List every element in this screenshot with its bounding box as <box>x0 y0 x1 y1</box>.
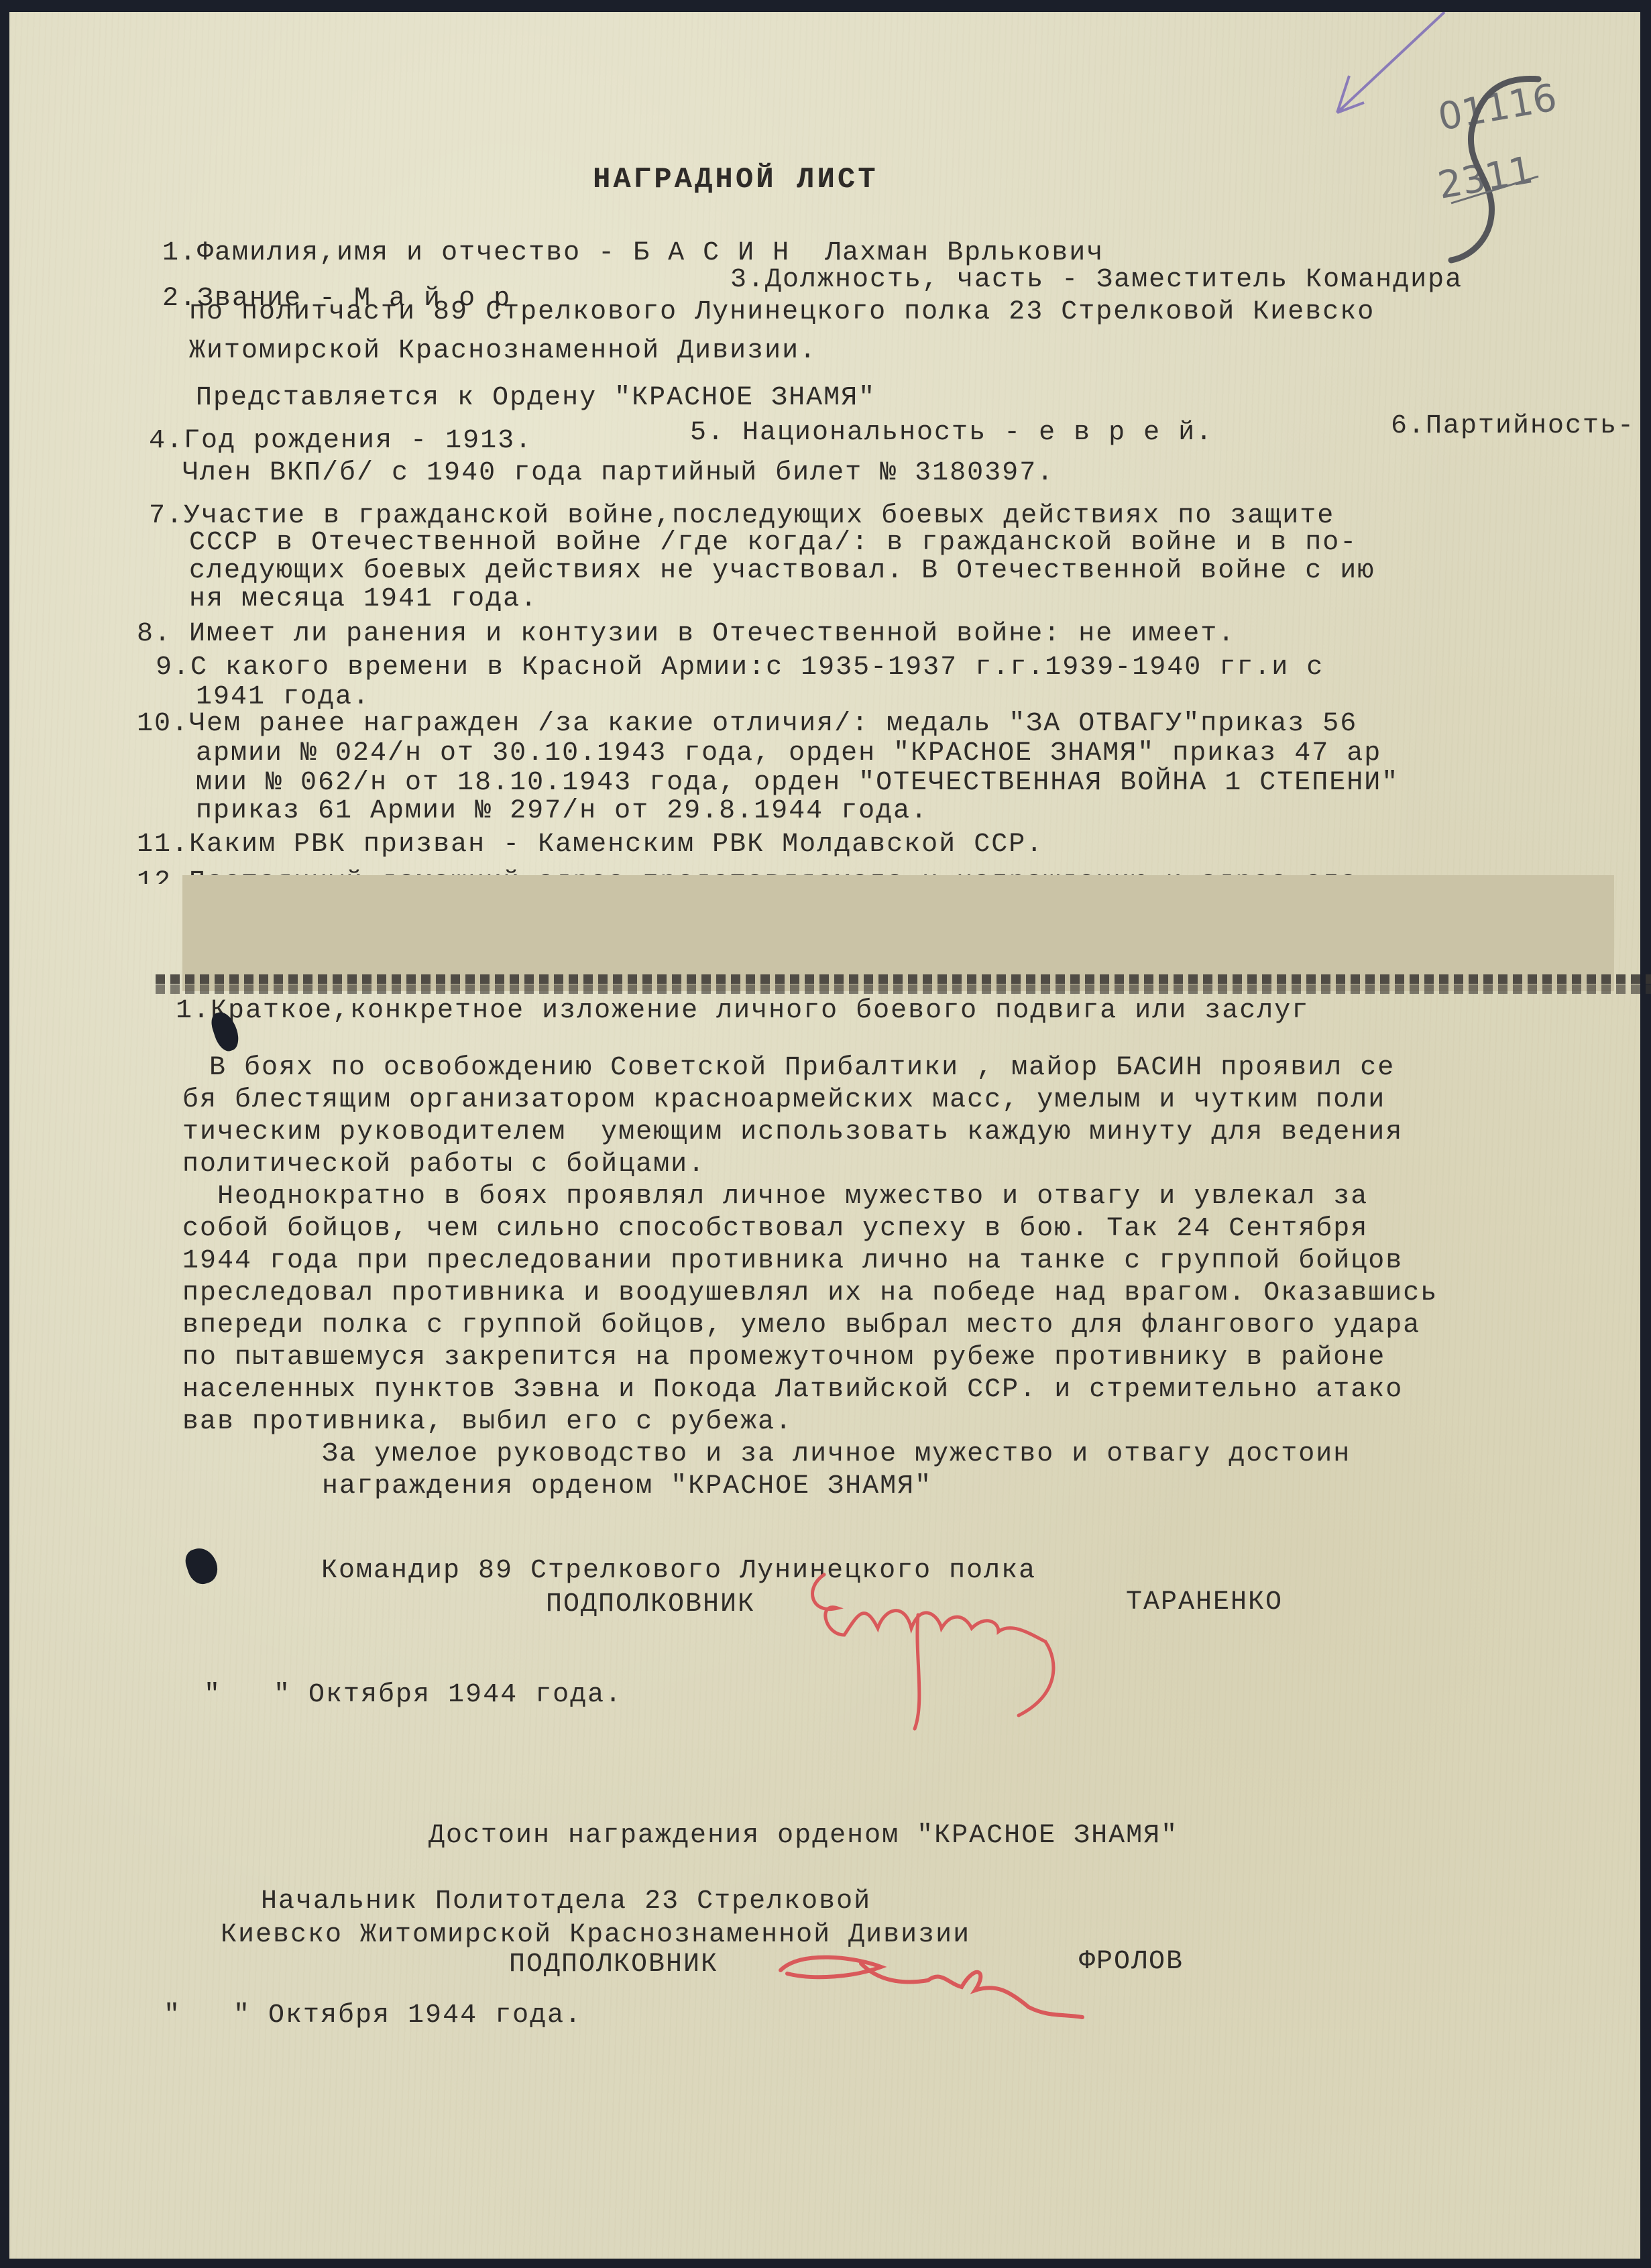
presented-for-award: Представляется к Ордену "КРАСНОЕ ЗНАМЯ" <box>196 385 876 412</box>
signature-2-handwritten-icon <box>774 1943 1096 2024</box>
pencil-mark-icon <box>1424 69 1558 270</box>
narrative-line: награждения орденом "КРАСНОЕ ЗНАМЯ" <box>182 1473 1438 1500</box>
punch-hole <box>182 1544 222 1588</box>
signature-1-rank: ПОДПОЛКОВНИК <box>546 1591 755 1618</box>
field-10-awards-3: мии № 062/н от 18.10.1943 года, орден "О… <box>196 770 1399 797</box>
field-11-draft-office: 11.Каким РВК призван - Каменским РВК Мол… <box>137 832 1043 858</box>
narrative-line: В боях по освобождению Советской Прибалт… <box>209 1055 1465 1082</box>
field-7-line-2: СССР в Отечественной войне /где когда/: … <box>189 530 1357 557</box>
narrative-line: 1944 года при преследовании противника л… <box>182 1248 1438 1275</box>
signature-2-position-1: Начальник Политотдела 23 Стрелковой <box>261 1888 871 1915</box>
narrative-line: политической работы с бойцами. <box>182 1151 1438 1178</box>
narrative-block: В боях по освобождению Советской Прибалт… <box>182 1055 1438 1500</box>
document-page: 01116 2311 НАГРАДНОЙ ЛИСТ 1.Фамилия,имя … <box>9 12 1640 2259</box>
narrative-line: населенных пунктов Зэвна и Покода Латвий… <box>182 1377 1438 1404</box>
narrative-line: За умелое руководство и за личное мужест… <box>182 1441 1438 1468</box>
field-9-army-service-2: 1941 года. <box>196 684 370 711</box>
field-7-line-4: ня месяца 1941 года. <box>189 586 538 613</box>
document-title: НАГРАДНОЙ ЛИСТ <box>593 165 878 194</box>
field-6-party: 6.Партийность- <box>1391 413 1635 440</box>
section-2-heading: 1.Краткое,конкретное изложение личного б… <box>176 998 1309 1025</box>
field-1-name: 1.Фамилия,имя и отчество - Б А С И Н Лах… <box>162 240 1104 267</box>
narrative-line: собой бойцов, чем сильно способствовал у… <box>182 1216 1438 1243</box>
signature-1-date: " " Октября 1944 года. <box>204 1682 622 1709</box>
field-10-awards-4: приказ 61 Армии № 297/н от 29.8.1944 год… <box>196 798 928 825</box>
separator-line <box>156 974 1651 984</box>
field-10-awards-2: армии № 024/н от 30.10.1943 года, орден … <box>196 740 1381 767</box>
narrative-line: по пытавшемуся закрепится на промежуточн… <box>182 1345 1438 1371</box>
field-5-nationality: 5. Национальность - е в р е й. <box>690 420 1213 447</box>
field-3-position: 3.Должность, часть - Заместитель Команди… <box>730 267 1463 294</box>
field-10-awards-1: 10.Чем ранее награжден /за какие отличия… <box>137 711 1357 738</box>
narrative-line: Неоднократно в боях проявлял личное муже… <box>182 1184 1438 1210</box>
signature-1-name: ТАРАНЕНКО <box>1126 1589 1283 1616</box>
narrative-line: бя блестящим организатором красноармейск… <box>182 1087 1438 1114</box>
field-4-birth-year: 4.Год рождения - 1913. <box>149 428 532 455</box>
narrative-line: впереди полка с группой бойцов, умело вы… <box>182 1312 1438 1339</box>
signature-1-handwritten-icon <box>797 1561 1146 1736</box>
separator-line-2 <box>156 984 1651 994</box>
field-7-line-1: 7.Участие в гражданской войне,последующи… <box>149 503 1334 530</box>
field-8-wounds: 8. Имеет ли ранения и контузии в Отечест… <box>137 621 1235 648</box>
field-7-line-3: следующих боевых действиях не участвовал… <box>189 558 1375 585</box>
field-3-position-cont-2: Житомирской Краснознаменной Дивизии. <box>189 338 817 365</box>
field-9-army-service-1: 9.С какого времени в Красной Армии:с 193… <box>156 655 1324 681</box>
narrative-line: вав противника, выбил его с рубежа. <box>182 1409 1438 1436</box>
narrative-line: преследовал противника и воодушевлял их … <box>182 1280 1438 1307</box>
conclusion-statement: Достоин награждения орденом "КРАСНОЕ ЗНА… <box>429 1823 1178 1850</box>
signature-2-date: " " Октября 1944 года. <box>164 2002 582 2029</box>
narrative-line: тическим руководителем умеющим использов… <box>182 1119 1438 1146</box>
signature-2-rank: ПОДПОЛКОВНИК <box>509 1951 718 1978</box>
field-6-party-cont: Член ВКП/б/ с 1940 года партийный билет … <box>182 460 1054 487</box>
field-3-position-cont-1: по политчасти 89 Стрелкового Лунинецкого… <box>189 299 1375 326</box>
